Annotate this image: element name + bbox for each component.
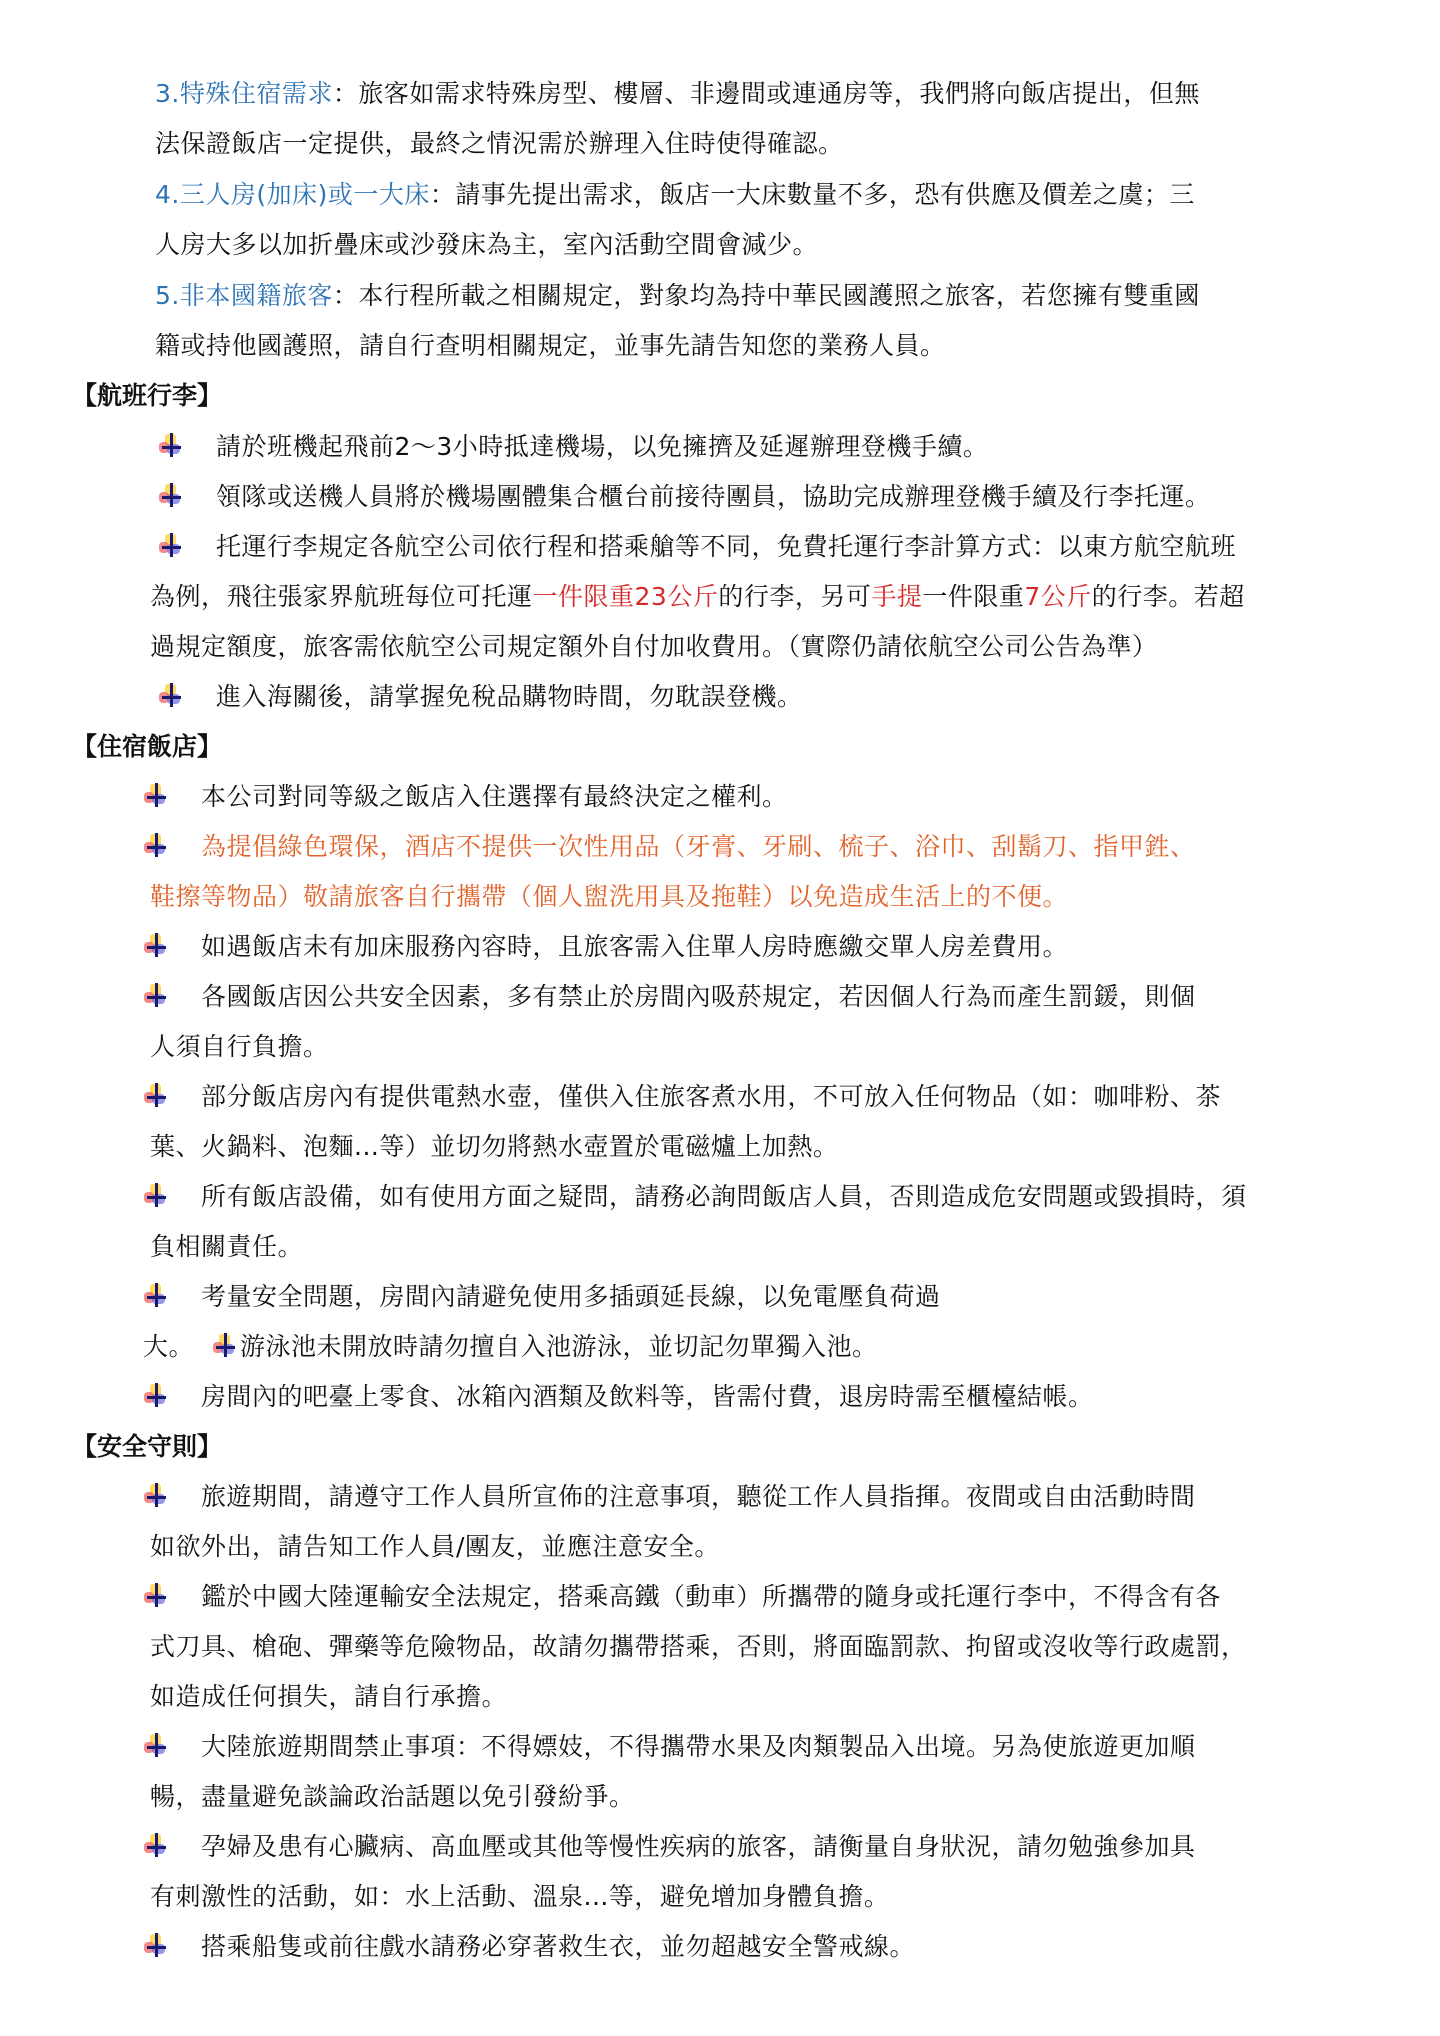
safety-item-1-line1: 旅遊期間，請遵守工作人員所宣佈的注意事項，聽從工作人員指揮。夜間或自由活動時間 [143, 1480, 1196, 1514]
hotel-item-1: 本公司對同等級之飯店入住選擇有最終決定之權利。 [143, 780, 788, 814]
hotel-item-7-line1: 考量安全問題，房間內請避免使用多插頭延長線，以免電壓負荷過 [143, 1280, 941, 1314]
bullet-icon [143, 833, 167, 859]
hotel-item-3: 如遇飯店未有加床服務內容時，且旅客需入住單人房時應繳交單人房差費用。 [143, 930, 1068, 964]
carry-on-limit: 7公斤 [1024, 582, 1091, 611]
bullet-icon [143, 1833, 167, 1859]
bullet-icon [143, 1483, 167, 1509]
bullet-icon [143, 783, 167, 809]
special-request-5-label: 5.非本國籍旅客 [155, 281, 333, 310]
safety-item-3-line1: 大陸旅遊期間禁止事項：不得嫖妓，不得攜帶水果及肉類製品入出境。另為使旅遊更加順 [143, 1730, 1196, 1764]
safety-item-2-line3: 如造成任何損失，請自行承擔。 [150, 1680, 507, 1714]
carry-on-label: 手提 [871, 582, 922, 611]
special-request-3-line2: 法保證飯店一定提供，最終之情況需於辦理入住時使得確認。 [155, 127, 844, 161]
hotel-item-5-line1: 部分飯店房內有提供電熱水壺，僅供入住旅客煮水用，不可放入任何物品（如：咖啡粉、茶 [143, 1080, 1221, 1114]
bullet-icon [143, 1083, 167, 1109]
bullet-icon [143, 1933, 167, 1959]
hotel-item-7-line2: 大。游泳池未開放時請勿擅自入池游泳，並切記勿單獨入池。 [143, 1330, 878, 1364]
hotel-item-5-line2: 葉、火鍋料、泡麵...等）並切勿將熱水壺置於電磁爐上加熱。 [150, 1130, 838, 1164]
flight-item-1: 請於班機起飛前2～3小時抵達機場，以免擁擠及延遲辦理登機手續。 [158, 430, 988, 464]
bullet-icon [143, 983, 167, 1009]
special-request-3-line1: 3.特殊住宿需求：旅客如需求特殊房型、樓層、非邊間或連通房等，我們將向飯店提出，… [155, 77, 1200, 111]
bullet-icon [212, 1333, 236, 1359]
hotel-item-2-line1: 為提倡綠色環保，酒店不提供一次性用品（牙膏、牙刷、梳子、浴巾、刮鬍刀、指甲鉎、 [143, 830, 1196, 864]
section-heading-safety: 【安全守則】 [72, 1430, 222, 1464]
flight-item-4: 進入海關後，請掌握免稅品購物時間，勿耽誤登機。 [158, 680, 803, 714]
hotel-item-6-line1: 所有飯店設備，如有使用方面之疑問，請務必詢問飯店人員，否則造成危安問題或毀損時，… [143, 1180, 1247, 1214]
section-heading-hotel: 【住宿飯店】 [72, 730, 222, 764]
hotel-item-2-line2: 鞋擦等物品）敬請旅客自行攜帶（個人盥洗用具及拖鞋）以免造成生活上的不便。 [150, 880, 1068, 914]
safety-item-5: 搭乘船隻或前往戲水請務必穿著救生衣，並勿超越安全警戒線。 [143, 1930, 915, 1964]
safety-item-1-line2: 如欲外出，請告知工作人員/團友，並應注意安全。 [150, 1530, 720, 1564]
safety-item-4-line1: 孕婦及患有心臟病、高血壓或其他等慢性疾病的旅客，請衡量自身狀況，請勿勉強參加具 [143, 1830, 1196, 1864]
special-request-4-label: 4.三人房(加床)或一大床 [155, 180, 430, 209]
flight-item-3-line1: 托運行李規定各航空公司依行程和搭乘艙等不同，免費托運行李計算方式：以東方航空航班 [158, 530, 1236, 564]
special-request-4-line2: 人房大多以加折疊床或沙發床為主，室內活動空間會減少。 [155, 228, 818, 262]
special-request-3-label: 3.特殊住宿需求 [155, 79, 333, 108]
flight-item-3-line2: 為例，飛往張家界航班每位可托運一件限重23公斤的行李，另可手提一件限重7公斤的行… [150, 580, 1245, 614]
safety-item-2-line1: 鑑於中國大陸運輸安全法規定，搭乘高鐵（動車）所攜帶的隨身或托運行李中，不得含有各 [143, 1580, 1221, 1614]
bullet-icon [158, 433, 182, 459]
hotel-item-4-line2: 人須自行負擔。 [150, 1030, 329, 1064]
bullet-icon [143, 1283, 167, 1309]
hotel-item-6-line2: 負相關責任。 [150, 1230, 303, 1264]
special-request-4-line1: 4.三人房(加床)或一大床：請事先提出需求，飯店一大床數量不多，恐有供應及價差之… [155, 178, 1195, 212]
section-heading-flight: 【航班行李】 [72, 379, 222, 413]
safety-item-2-line2: 式刀具、槍砲、彈藥等危險物品，故請勿攜帶搭乘，否則，將面臨罰款、拘留或沒收等行政… [150, 1630, 1247, 1664]
hotel-item-4-line1: 各國飯店因公共安全因素，多有禁止於房間內吸菸規定，若因個人行為而產生罰鍰，則個 [143, 980, 1196, 1014]
bullet-icon [143, 933, 167, 959]
bullet-icon [158, 483, 182, 509]
bullet-icon [158, 683, 182, 709]
bullet-icon [143, 1583, 167, 1609]
bullet-icon [143, 1383, 167, 1409]
safety-item-3-line2: 暢，盡量避免談論政治話題以免引發紛爭。 [150, 1780, 635, 1814]
special-request-5-line1: 5.非本國籍旅客：本行程所載之相關規定，對象均為持中華民國護照之旅客，若您擁有雙… [155, 279, 1200, 313]
checked-baggage-limit: 一件限重23公斤 [533, 582, 719, 611]
hotel-item-8: 房間內的吧臺上零食、冰箱內酒類及飲料等，皆需付費，退房時需至櫃檯結帳。 [143, 1380, 1094, 1414]
safety-item-4-line2: 有刺激性的活動，如：水上活動、溫泉...等，避免增加身體負擔。 [150, 1880, 889, 1914]
flight-item-2: 領隊或送機人員將於機場團體集合櫃台前接待團員，協助完成辦理登機手續及行李托運。 [158, 480, 1211, 514]
bullet-icon [143, 1183, 167, 1209]
bullet-icon [143, 1733, 167, 1759]
flight-item-3-line3: 過規定額度，旅客需依航空公司規定額外自付加收費用。（實際仍請依航空公司公告為準） [150, 630, 1158, 664]
document-page: 3.特殊住宿需求：旅客如需求特殊房型、樓層、非邊間或連通房等，我們將向飯店提出，… [0, 0, 1440, 2036]
bullet-icon [158, 533, 182, 559]
special-request-5-line2: 籍或持他國護照，請自行查明相關規定，並事先請告知您的業務人員。 [155, 329, 946, 363]
